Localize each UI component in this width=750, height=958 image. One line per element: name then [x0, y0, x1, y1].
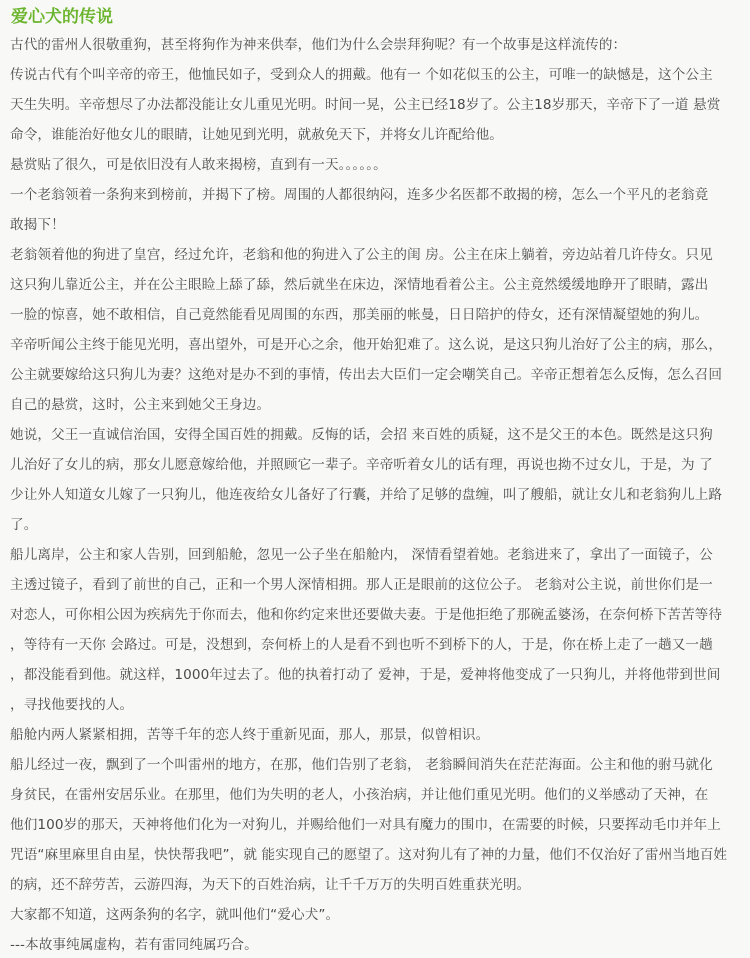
body-line: 船儿离岸，公主和家人告别，回到船舱，忽见一公子坐在船舱内， 深情看望着她。老翁进… [10, 540, 750, 570]
body-line: 他们100岁的那天，天神将他们化为一对狗儿，并赐给他们一对具有魔力的围巾，在需要… [10, 810, 750, 840]
body-line: 敢揭下！ [10, 210, 750, 240]
body-line: 一脸的惊喜，她不敢相信，自己竟然能看见周围的东西，那美丽的帐曼，日日陪护的侍女，… [10, 300, 750, 330]
body-line: ，寻找他要找的人。 [10, 690, 750, 720]
body-line: 辛帝听闻公主终于能见光明，喜出望外，可是开心之余，他开始犯难了。这么说，是这只狗… [10, 330, 750, 360]
body-line: 她说，父王一直诚信治国，安得全国百姓的拥戴。反悔的话，会招 来百姓的质疑，这不是… [10, 420, 750, 450]
body-line: 船儿经过一夜，飘到了一个叫雷州的地方，在那，他们告别了老翁， 老翁瞬间消失在茫茫… [10, 750, 750, 780]
disclaimer-line: ---本故事纯属虚构，若有雷同纯属巧合。 [10, 930, 750, 958]
article-title: 爱心犬的传说 [10, 0, 750, 30]
body-line: 自己的悬赏，这时，公主来到她父王身边。 [10, 390, 750, 420]
body-line: 公主就要嫁给这只狗儿为妻？这绝对是办不到的事情，传出去大臣们一定会嘲笑自己。辛帝… [10, 360, 750, 390]
body-line: 天生失明。辛帝想尽了办法都没能让女儿重见光明。时间一晃，公主已经18岁了。公主1… [10, 90, 750, 120]
body-line: 大家都不知道，这两条狗的名字，就叫他们“爱心犬”。 [10, 900, 750, 930]
body-line: 船舱内两人紧紧相拥，苦等千年的恋人终于重新见面，那人，那景，似曾相识。 [10, 720, 750, 750]
body-line: 了。 [10, 510, 750, 540]
body-line: ，都没能看到他。就这样，1000年过去了。他的执着打动了 爱神，于是，爱神将他变… [10, 660, 750, 690]
body-line: 咒语“麻里麻里自由星，快快帮我吧”，就 能实现自己的愿望了。这对狗儿有了神的力量… [10, 840, 750, 870]
body-line: 一个老翁领着一条狗来到榜前，并揭下了榜。周围的人都很纳闷，连多少名医都不敢揭的榜… [10, 180, 750, 210]
body-line: 传说古代有个叫辛帝的帝王，他恤民如子，受到众人的拥戴。他有一 个如花似玉的公主，… [10, 60, 750, 90]
body-line: 少让外人知道女儿嫁了一只狗儿，他连夜给女儿备好了行囊，并给了足够的盘缠，叫了艘船… [10, 480, 750, 510]
body-line: 古代的雷州人很敬重狗，甚至将狗作为神来供奉，他们为什么会崇拜狗呢？有一个故事是这… [10, 30, 750, 60]
body-line: 身贫民，在雷州安居乐业。在那里，他们为失明的老人，小孩治病，并让他们重见光明。他… [10, 780, 750, 810]
body-line: 对恋人，可你相公因为疾病先于你而去，他和你约定来世还要做夫妻。于是他拒绝了那碗孟… [10, 600, 750, 630]
body-line: 这只狗儿靠近公主，并在公主眼睑上舔了舔，然后就坐在床边，深情地看着公主。公主竟然… [10, 270, 750, 300]
article: 爱心犬的传说 古代的雷州人很敬重狗，甚至将狗作为神来供奉，他们为什么会崇拜狗呢？… [0, 0, 750, 958]
body-line: 的病，还不辞劳苦，云游四海，为天下的百姓治病，让千千万万的失明百姓重获光明。 [10, 870, 750, 900]
body-line: 命令，谁能治好他女儿的眼睛，让她见到光明，就赦免天下，并将女儿许配给他。 [10, 120, 750, 150]
body-line: 老翁领着他的狗进了皇宫，经过允许，老翁和他的狗进入了公主的闺 房。公主在床上躺着… [10, 240, 750, 270]
article-body: 古代的雷州人很敬重狗，甚至将狗作为神来供奉，他们为什么会崇拜狗呢？有一个故事是这… [10, 30, 750, 958]
body-line: 儿治好了女儿的病，那女儿愿意嫁给他，并照顾它一辈子。辛帝听着女儿的话有理，再说也… [10, 450, 750, 480]
body-line: ，等待有一天你 会路过。可是，没想到，奈何桥上的人是看不到也听不到桥下的人，于是… [10, 630, 750, 660]
body-line: 悬赏贴了很久，可是依旧没有人敢来揭榜，直到有一天。。。。。。 [10, 150, 750, 180]
body-line: 主透过镜子，看到了前世的自己，正和一个男人深情相拥。那人正是眼前的这位公子。 老… [10, 570, 750, 600]
